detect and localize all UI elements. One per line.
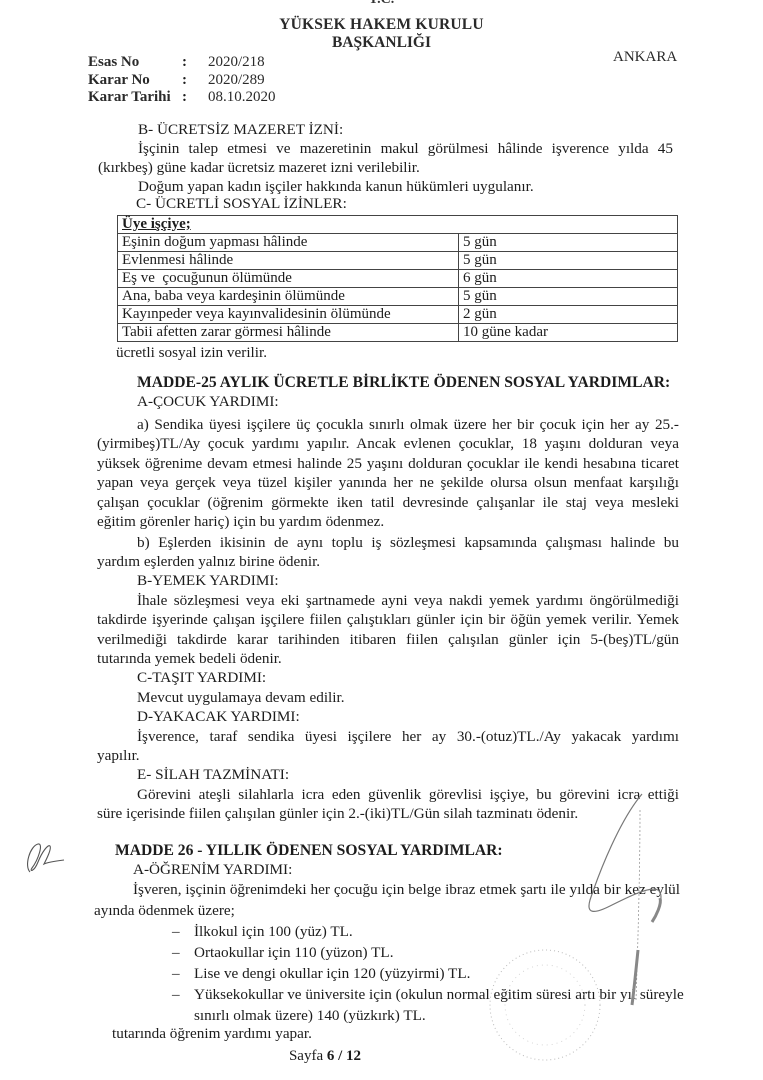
list-item-text: Lise ve dengi okullar için 120 (yüzyirmi… — [194, 965, 470, 982]
leave-duration: 2 gün — [459, 306, 678, 324]
madde25-a-line: eğitim görenler hariç) için bu yardım öd… — [97, 513, 384, 531]
yemek-line: takdirde işyerinde çalışan işçilere fiil… — [97, 611, 679, 629]
table-row: Eşinin doğum yapması hâlinde 5 gün — [118, 234, 678, 252]
leave-duration: 5 gün — [459, 288, 678, 306]
dash-bullet-icon: – — [172, 942, 180, 963]
leave-case: Tabii afetten zarar görmesi hâlinde — [118, 324, 459, 342]
handwritten-initials-icon — [22, 838, 67, 878]
leave-case: Ana, baba veya kardeşinin ölümünde — [118, 288, 459, 306]
page-separator: / — [338, 1048, 342, 1064]
meta-label: Esas No — [88, 54, 182, 72]
section-c-after-table: ücretli sosyal izin verilir. — [116, 344, 267, 362]
madde26-intro-line: ayında ödenmek üzere; — [94, 902, 235, 920]
meta-value: 2020/289 — [208, 72, 265, 90]
madde25-a-line: yapan veya gerçek veya tüzel kişiler yan… — [97, 474, 679, 492]
madde26-a-title: A-ÖĞRENİM YARDIMI: — [133, 861, 292, 879]
institution-name: YÜKSEK HAKEM KURULU — [0, 16, 763, 34]
meta-label: Karar Tarihi — [88, 89, 182, 107]
madde25-title: MADDE-25 AYLIK ÜCRETLE BİRLİKTE ÖDENEN S… — [137, 374, 670, 392]
madde25-a-line: yüksek öğrenime devam etmesi halinde 25 … — [97, 455, 679, 473]
table-header-row: Üye işçiye; — [118, 216, 678, 234]
leave-duration: 5 gün — [459, 252, 678, 270]
leave-duration: 6 gün — [459, 270, 678, 288]
section-b-para1-line1: İşçinin talep etmesi ve mazeretinin maku… — [138, 140, 673, 158]
page-number: Sayfa 6 / 12 — [175, 1047, 475, 1065]
tasit-text: Mevcut uygulamaya devam edilir. — [137, 689, 345, 707]
meta-label: Karar No — [88, 72, 182, 90]
section-b-para1-line2: (kırkbeş) güne kadar ücretsiz mazeret iz… — [98, 159, 420, 177]
section-c-title: C- ÜCRETLİ SOSYAL İZİNLER: — [136, 195, 347, 213]
list-item-text: İlkokul için 100 (yüz) TL. — [194, 923, 353, 940]
yakacak-line: İşverence, taraf sendika üyesi işçilere … — [137, 728, 679, 746]
meta-value: 08.10.2020 — [208, 89, 276, 107]
yemek-line: verilmediği takdirde karar tarihinden it… — [97, 631, 679, 649]
table-row: Tabii afetten zarar görmesi hâlinde 10 g… — [118, 324, 678, 342]
yakacak-line: yapılır. — [97, 747, 140, 765]
dash-bullet-icon: – — [172, 963, 180, 984]
silah-title: E- SİLAH TAZMİNATI: — [137, 766, 289, 784]
leave-duration: 5 gün — [459, 234, 678, 252]
page-prefix: Sayfa — [289, 1048, 323, 1064]
tasit-title: C-TAŞIT YARDIMI: — [137, 669, 266, 687]
page-current: 6 — [327, 1048, 335, 1064]
list-item-text: sınırlı olmak üzere) 140 (yüzkırk) TL. — [194, 1007, 426, 1024]
header-tc: T.C. — [0, 0, 763, 9]
table-row: Evlenmesi hâlinde 5 gün — [118, 252, 678, 270]
paid-leave-table: Üye işçiye; Eşinin doğum yapması hâlinde… — [117, 215, 678, 342]
madde26-title: MADDE 26 - YILLIK ÖDENEN SOSYAL YARDIMLA… — [115, 842, 503, 860]
list-item-text: Ortaokullar için 110 (yüzon) TL. — [194, 944, 394, 961]
yemek-line: tutarında yemek bedeli ödenir. — [97, 650, 282, 668]
madde25-b-line: yardım eşlerden yalnız birine ödenir. — [97, 553, 320, 571]
leave-case: Eş ve çocuğunun ölümünde — [118, 270, 459, 288]
madde26-closing: tutarında öğrenim yardımı yapar. — [112, 1025, 312, 1043]
table-row: Eş ve çocuğunun ölümünde 6 gün — [118, 270, 678, 288]
leave-case: Evlenmesi hâlinde — [118, 252, 459, 270]
dash-bullet-icon: – — [172, 921, 180, 942]
leave-duration: 10 güne kadar — [459, 324, 678, 342]
city-label: ANKARA — [613, 48, 677, 66]
faded-stamp-icon — [470, 935, 620, 1065]
meta-value: 2020/218 — [208, 54, 265, 72]
page-total: 12 — [346, 1048, 361, 1064]
meta-row-karar: Karar No : 2020/289 — [88, 72, 276, 90]
madde25-a-title: A-ÇOCUK YARDIMI: — [137, 393, 279, 411]
table-row: Ana, baba veya kardeşinin ölümünde 5 gün — [118, 288, 678, 306]
meta-colon: : — [182, 72, 208, 90]
madde25-b-line: b) Eşlerden ikisinin de aynı toplu iş sö… — [137, 534, 679, 552]
madde25-a-line: çalışan çocuklar (öğrenim görmekte iken … — [97, 494, 679, 512]
leave-case: Eşinin doğum yapması hâlinde — [118, 234, 459, 252]
madde25-a-line: a) Sendika üyesi işçilere üç çocukla sın… — [137, 416, 679, 434]
dash-bullet-icon: – — [172, 984, 180, 1005]
section-b-title: B- ÜCRETSİZ MAZERET İZNİ: — [138, 121, 343, 139]
madde26-intro-line: İşveren, işçinin öğrenimdeki her çocuğu … — [133, 881, 680, 899]
table-header: Üye işçiye; — [118, 216, 678, 234]
section-b-para2: Doğum yapan kadın işçiler hakkında kanun… — [138, 178, 534, 196]
meta-colon: : — [182, 54, 208, 72]
silah-line: süre içerisinde fiilen çalışılan günler … — [97, 805, 578, 823]
leave-case: Kayınpeder veya kayınvalidesinin ölümünd… — [118, 306, 459, 324]
silah-line: Görevini ateşli silahlarla icra eden güv… — [137, 786, 679, 804]
yemek-line: İhale sözleşmesi veya eki şartnamede ayn… — [137, 592, 679, 610]
meta-row-tarih: Karar Tarihi : 08.10.2020 — [88, 89, 276, 107]
meta-colon: : — [182, 89, 208, 107]
table-row: Kayınpeder veya kayınvalidesinin ölümünd… — [118, 306, 678, 324]
yemek-title: B-YEMEK YARDIMI: — [137, 572, 279, 590]
case-meta: Esas No : 2020/218 Karar No : 2020/289 K… — [88, 54, 276, 107]
yakacak-title: D-YAKACAK YARDIMI: — [137, 708, 300, 726]
madde25-a-line: (yirmibeş)TL/Ay çocuk yardımı yapılır. A… — [97, 435, 679, 453]
meta-row-esas: Esas No : 2020/218 — [88, 54, 276, 72]
